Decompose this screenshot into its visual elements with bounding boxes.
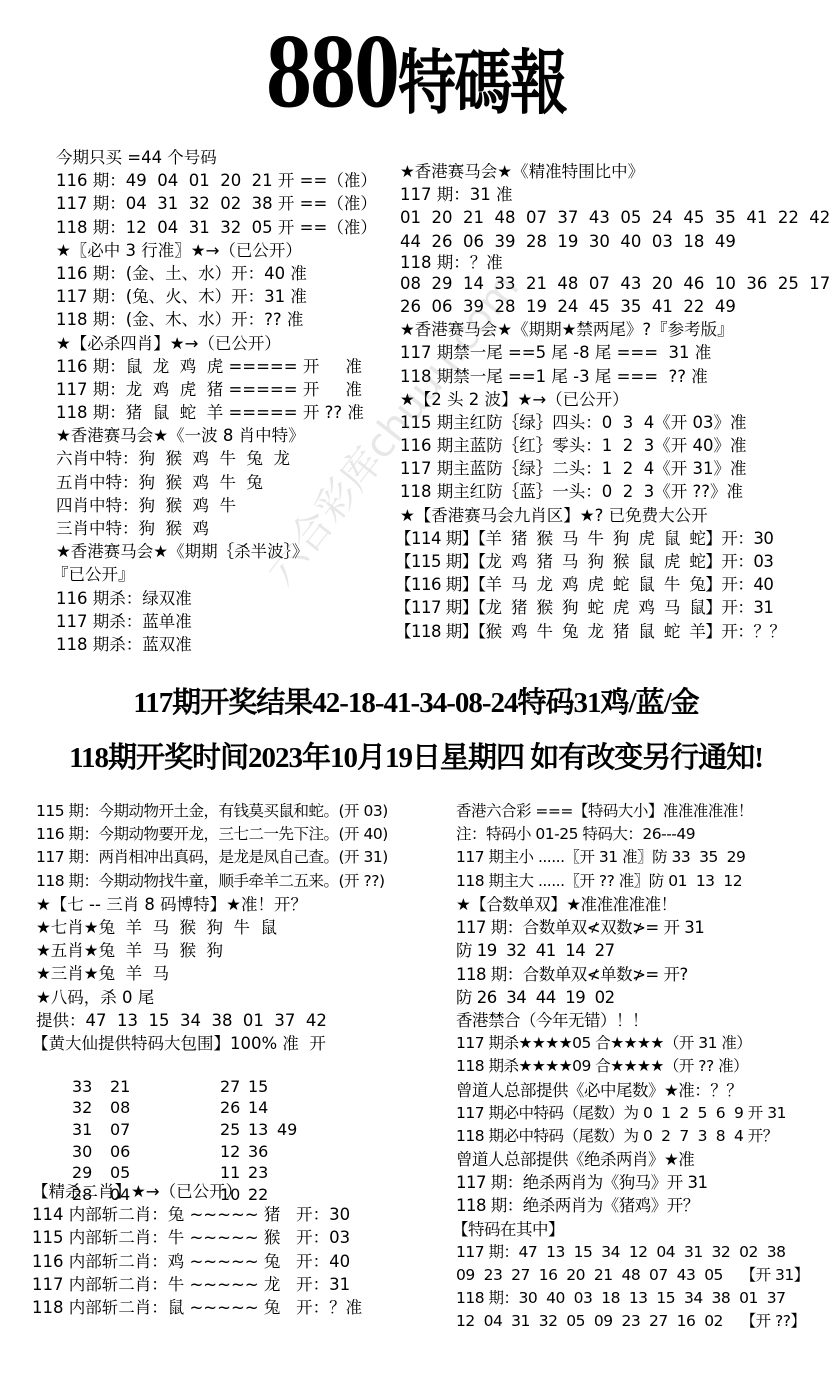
text-line: 今期只买 =44 个号码 [56,146,396,169]
section-heading: 【特码在其中】 [452,1218,832,1241]
grid-row: 32082614 [72,1076,372,1098]
text-line: 117 期：合数单双≮双数≯= 开 31 [456,916,832,939]
text-line: 117 期：两肖相冲出真码，是龙是凤自己查。(开 31) [36,846,436,869]
grid-row: 30061236 [72,1119,372,1141]
text-line: 118 期：猪 鼠 蛇 羊 ===== 开 ?? 准 [56,401,396,424]
number-row: 44 26 06 39 28 19 30 40 03 18 49 [400,230,830,253]
text-line: 116 期：今期动物要开龙，三七二一先下注。(开 40) [36,823,436,846]
text-line: 四肖中特：狗 猴 鸡 牛 [56,494,396,517]
masthead-name: 特碼報 [398,27,566,128]
number-row: 12 04 31 32 05 09 23 27 16 02 【开 ??】 [456,1310,832,1333]
text-line: 117 期：31 准 [400,183,830,206]
text-line: 116 期主蓝防｛红｝零头：1 2 3《开 40》准 [400,434,830,457]
text-line: 118 期：？准 [400,253,830,272]
text-line: 五肖中特：狗 猴 鸡 牛 兔 [56,471,396,494]
text-line: 118 期主红防｛蓝｝一头：0 2 3《开 ??》准 [400,480,830,503]
number-row: 01 20 21 48 07 37 43 05 24 45 35 41 22 4… [400,206,830,229]
section-heading: ★【2 头 2 波】★→（已公开） [400,388,830,411]
number-row: 08 29 14 33 21 48 07 43 20 46 10 36 25 1… [400,272,830,295]
right-bottom-head-column: 香港六合彩 ===【特码大小】准准准准准！ 注：特码小 01-25 特码大：26… [456,800,832,893]
section-heading: ★〖必中 3 行准〗★→（已公开） [56,239,396,262]
text-line: 118 期：今期动物找牛童，顺手牵羊二五来。(开 ??) [36,870,436,893]
text-line: 六肖中特：狗 猴 鸡 牛 兔 龙 [56,447,396,470]
text-line: 117 期杀：蓝单准 [56,610,396,633]
number-row: 26 06 39 28 19 24 45 35 41 22 49 [400,295,830,318]
text-line: 116 期：49 04 01 20 21 开 ==（准） [56,169,396,192]
text-line: 防 26 34 44 19 02 [456,986,832,1009]
section-heading: ★【七 -- 三肖 8 码博特】★准！开？ [36,893,436,916]
next-draw-banner: 118期开奖时间2023年10月19日星期四 如有改变另行通知! [0,735,832,776]
section-heading: ★香港赛马会★《期期｛杀半波｝》 [56,540,396,563]
text-line: ★八码，杀 0 尾 [36,986,436,1009]
section-heading: ★【合数单双】★准准准准准！ [456,893,832,916]
text-line: 118 期：(金、木、水）开：?? 准 [56,308,396,331]
grid-row: 29051123 [72,1141,372,1163]
text-line: 116 内部斩二肖：鸡 ~~~~~ 兔 开：40 [32,1250,432,1273]
text-line: 118 期杀★★★★09 合★★★★（开 ?? 准） [456,1055,832,1078]
section-heading: 香港六合彩 ===【特码大小】准准准准准！ [456,800,832,823]
section-heading: ★【香港赛马会九肖区】★? 已免费大公开 [400,504,830,527]
text-line: 118 期必中特码（尾数）为 0 2 7 3 8 4 开？ [456,1125,832,1148]
text-line: 116 期杀：绿双准 [56,587,396,610]
text-line: 117 期：绝杀两肖为《狗马》开 31 [456,1171,832,1194]
section-heading: ★香港赛马会★《期期★禁两尾》?『参考版』 [400,318,830,341]
text-line: 114 内部斩二肖：兔 ~~~~~ 猪 开：30 [32,1203,432,1226]
bao-wei-grid: 33212715 32082614 3107251349 30061236 29… [72,1054,372,1184]
text-line: 115 期主红防｛绿｝四头：0 3 4《开 03》准 [400,411,830,434]
text-line: 118 期禁一尾 ==1 尾 -3 尾 === ?? 准 [400,365,830,388]
text-line: 【117 期】【龙 猪 猴 狗 蛇 虎 鸡 马 鼠】开：31 [395,596,830,619]
grid-row: 3107251349 [72,1097,372,1119]
text-line: 【114 期】【羊 猪 猴 马 牛 狗 虎 鼠 蛇】开：30 [395,527,830,550]
text-line: 注：特码小 01-25 特码大：26---49 [456,823,832,846]
text-line: 【118 期】【猴 鸡 牛 兔 龙 猪 鼠 蛇 羊】开：？？ [395,620,830,643]
text-line: 117 期主小 ......〖开 31 准〗防 33 35 29 [456,846,832,869]
text-line: 118 期杀：蓝双准 [56,633,396,656]
text-line: 116 期：鼠 龙 鸡 虎 ===== 开 准 [56,355,396,378]
right-bottom-column: ★【合数单双】★准准准准准！ 117 期：合数单双≮双数≯= 开 31 防 19… [456,893,832,1334]
text-line: 118 期：绝杀两肖为《猪鸡》开？ [456,1194,832,1217]
text-line: 117 期禁一尾 ==5 尾 -8 尾 === 31 准 [400,341,830,364]
section-heading: 曾道人总部提供《绝杀两肖》★准 [456,1148,832,1171]
text-line: 117 期：(兔、火、木）开：31 准 [56,285,396,308]
number-row: 117 期：47 13 15 34 12 04 31 32 02 38 [456,1241,832,1264]
left-top-column: 今期只买 =44 个号码 116 期：49 04 01 20 21 开 ==（准… [56,146,396,656]
text-line: 118 期主大 ......〖开 ?? 准〗防 01 13 12 [456,870,832,893]
text-line: 【116 期】【羊 马 龙 鸡 虎 蛇 鼠 牛 兔】开：40 [395,573,830,596]
text-line: 117 期必中特码（尾数）为 0 1 2 5 6 9 开 31 [456,1102,832,1125]
masthead-number: 880 [266,10,398,132]
text-line: 117 期：04 31 32 02 38 开 ==（准） [56,192,396,215]
text-line: ★五肖★兔 羊 马 猴 狗 [36,939,436,962]
section-heading: ★香港赛马会★《精准特围比中》 [400,160,830,183]
text-line: 117 期杀★★★★05 合★★★★（开 31 准） [456,1032,832,1055]
text-line: 117 期主蓝防｛绿｝二头：1 2 4《开 31》准 [400,457,830,480]
text-line: ★七肖★兔 羊 马 猴 狗 牛 鼠 [36,916,436,939]
text-line: 三肖中特：狗 猴 鸡 [56,517,396,540]
text-line: 提供：47 13 15 34 38 01 37 42 [36,1009,436,1032]
left-bottom-column: 115 期：今期动物开土金，有钱莫买鼠和蛇。(开 03) 116 期：今期动物要… [36,800,436,1055]
text-line: 『已公开』 [52,563,396,586]
text-line: 116 期：(金、土、水）开：40 准 [56,262,396,285]
draw-result-banner: 117期开奖结果42-18-41-34-08-24特码31鸡/蓝/金 [0,680,832,721]
text-line: 115 期：今期动物开土金，有钱莫买鼠和蛇。(开 03) [36,800,436,823]
text-line: 117 内部斩二肖：牛 ~~~~~ 龙 开：31 [32,1273,432,1296]
right-top-column: ★香港赛马会★《精准特围比中》 117 期：31 准 01 20 21 48 0… [400,160,830,643]
text-line: 防 19 32 41 14 27 [456,939,832,962]
text-line: 118 期：合数单双≮单数≯= 开? [456,963,832,986]
text-line: 115 内部斩二肖：牛 ~~~~~ 猴 开：03 [32,1226,432,1249]
grid-row: 33212715 [72,1054,372,1076]
section-heading: 【精杀二肖】★→（已公开） [32,1180,432,1203]
text-line: 117 期：龙 鸡 虎 猪 ===== 开 准 [56,378,396,401]
number-row: 118 期：30 40 03 18 13 15 34 38 01 37 [456,1287,832,1310]
text-line: 118 内部斩二肖：鼠 ~~~~~ 兔 开：？准 [32,1296,432,1319]
section-heading: 香港禁合（今年无错）！！ [456,1009,832,1032]
masthead-title: 880特碼報 [0,18,832,124]
section-heading: 曾道人总部提供《必中尾数》★准：？？ [456,1079,832,1102]
text-line: 【115 期】【龙 鸡 猪 马 狗 猴 鼠 虎 蛇】开：03 [395,550,830,573]
text-line: ★三肖★兔 羊 马 [36,962,436,985]
text-line: 118 期：12 04 31 32 05 开 ==（准） [56,216,396,239]
section-heading: ★香港赛马会★《一波 8 肖中特》 [56,424,396,447]
section-heading: ★【必杀四肖】★→（已公开） [56,332,396,355]
section-heading: 【黄大仙提供特码大包围】100% 准 开 [32,1032,436,1055]
number-row: 09 23 27 16 20 21 48 07 43 05 【开 31】 [456,1264,832,1287]
left-bottom-kill-column: 【精杀二肖】★→（已公开） 114 内部斩二肖：兔 ~~~~~ 猪 开：30 1… [32,1180,432,1319]
